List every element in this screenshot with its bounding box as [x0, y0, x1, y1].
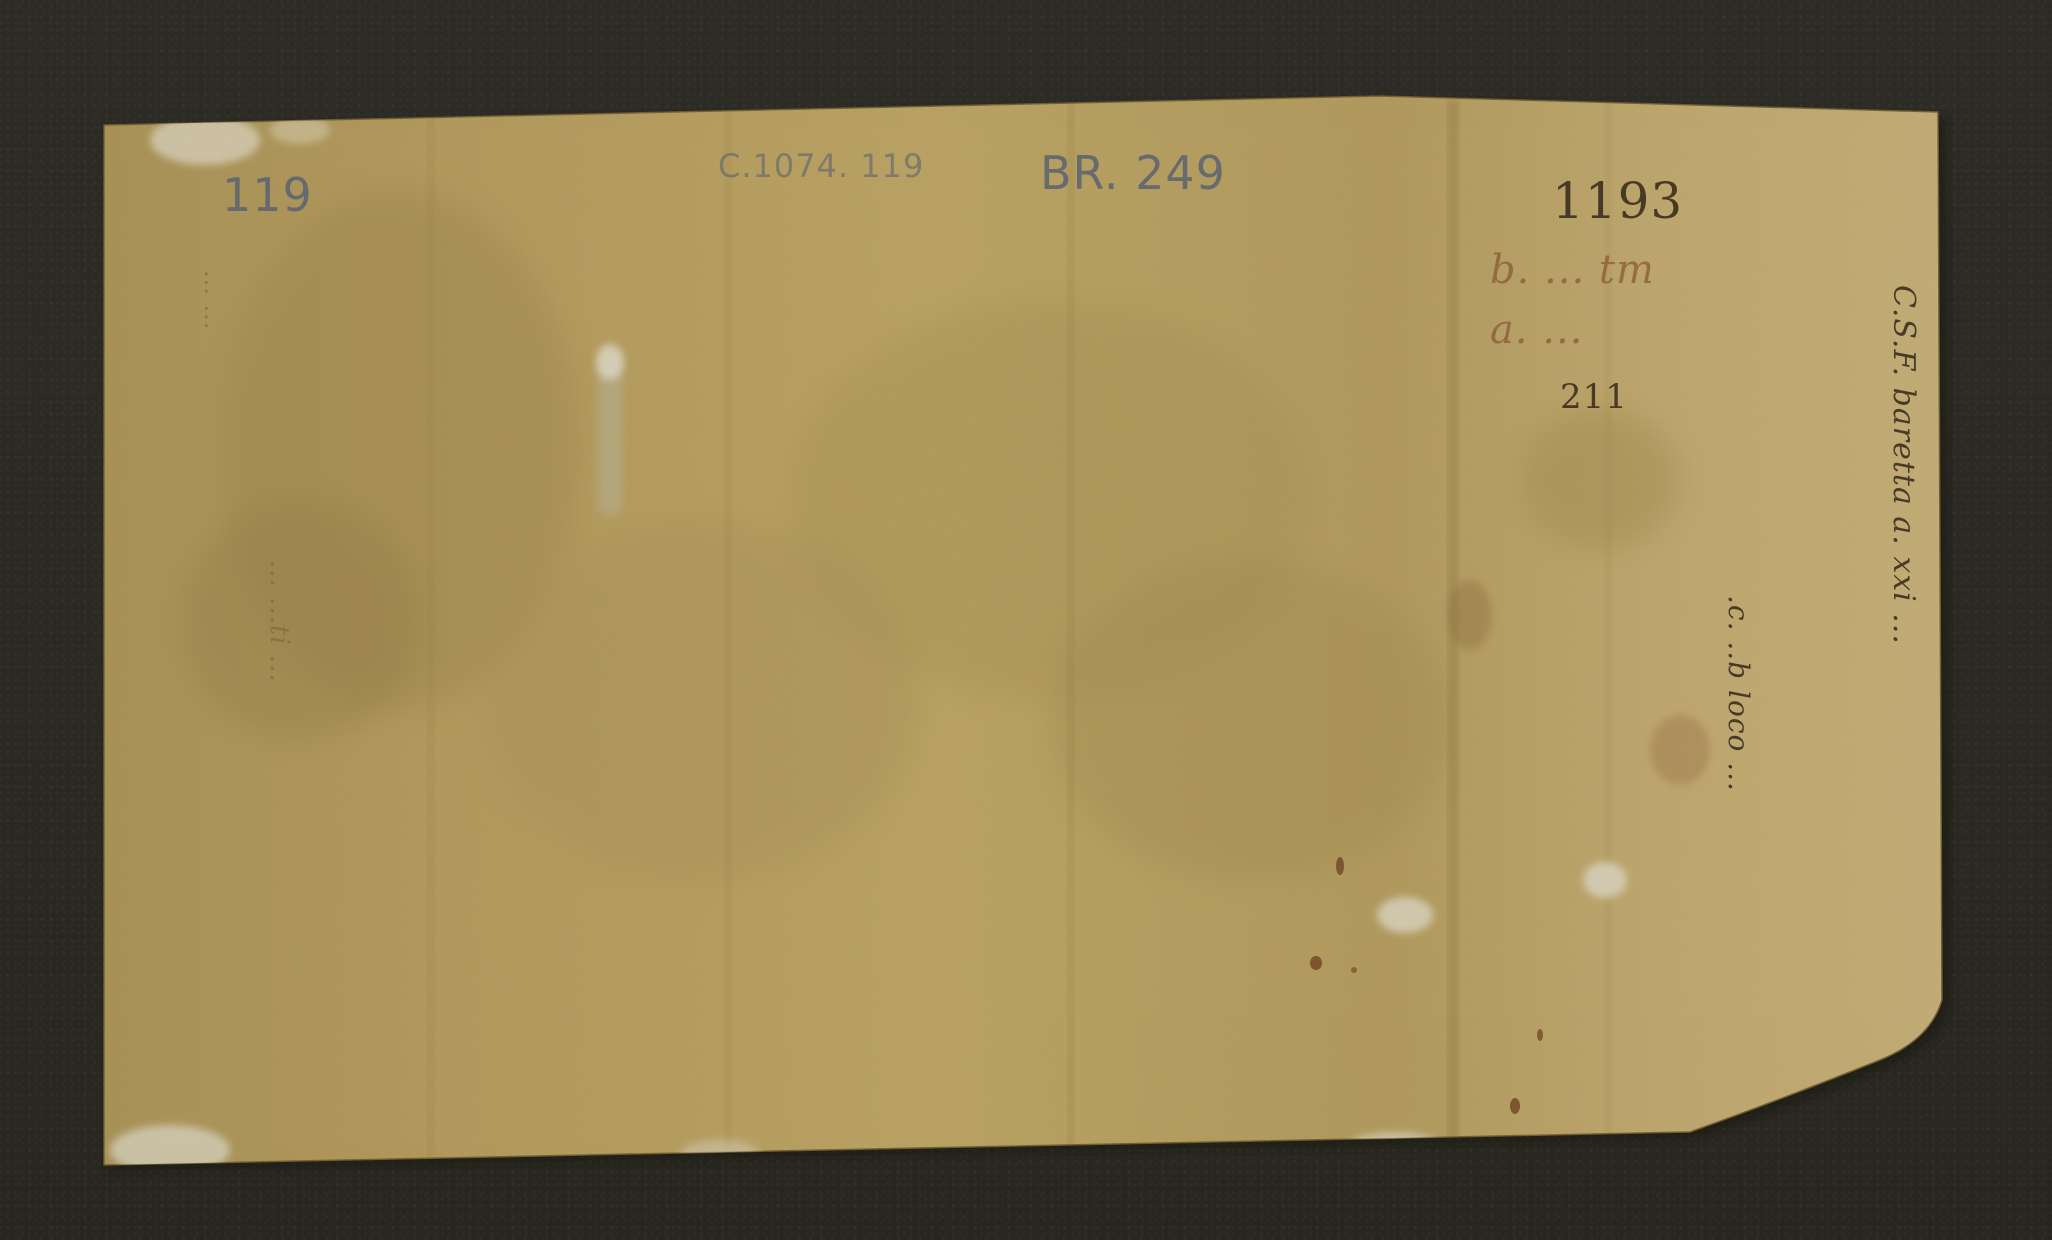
vertical-ink-note-right-middle: .c. ..b loco ...: [1724, 595, 1752, 792]
vertical-ink-note-right-edge: C.S.F. baretta a. xxi ...: [1888, 285, 1918, 645]
ink-number-top-right: 1193: [1552, 176, 1683, 226]
pencil-number-top-left: 119: [222, 172, 313, 218]
red-ink-note-line-1: b. ... tm: [1490, 250, 1655, 290]
parchment-document: 119 C.1074. 119 BR. 249 1193 b. ... tm a…: [0, 0, 2052, 1240]
pencil-reference: BR. 249: [1040, 150, 1226, 196]
red-ink-note-line-2: a. ...: [1490, 310, 1583, 350]
vertical-faint-note-left-2: ... ...ti ...: [266, 560, 292, 683]
pencil-shelfmark: C.1074. 119: [718, 150, 924, 182]
ink-number-small: 211: [1560, 380, 1628, 414]
vertical-faint-note-left-1: ... ...: [201, 270, 225, 330]
